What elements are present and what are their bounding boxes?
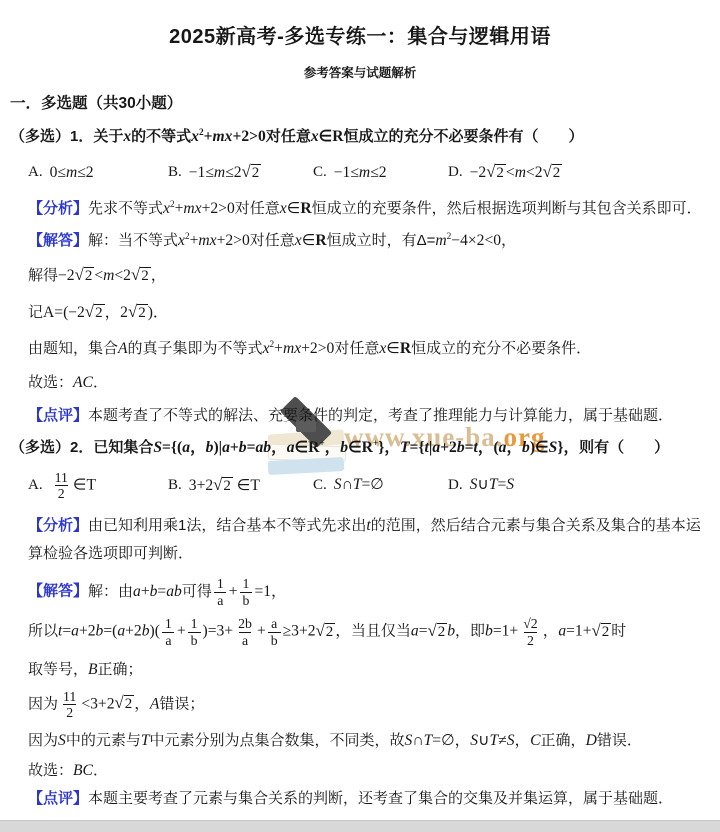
option-label: B. [168,163,182,183]
option-label: D. [448,476,463,496]
comment-text: 本题考查了不等式的解法、充要条件的判定，考查了推理能力与计算能力，属于基础题． [88,407,673,424]
q2-answer-line-3: 取等号，B正确； [28,660,710,680]
q2-answer-line-4: 因为112<3+2√2，A错误； [28,689,710,721]
comment-label: 【点评】 [28,407,88,424]
analysis-label: 【分析】 [28,200,88,217]
page-title: 2025新高考-多选专练一：集合与逻辑用语 [10,24,710,50]
q1-options-row: A.0≤m≤2 B.−1≤m≤2√2 C.−1≤m≤2 D.−2√2<m<2√2 [28,159,710,187]
option-value: S∪T=S [470,475,515,495]
option-label: D. [448,163,463,183]
q1-analysis: 【分析】先求不等式x2+mx+2>0对任意x∈R恒成立的充要条件，然后根据选项判… [28,199,710,219]
q2-options-row: A.112∈T B.3+2√2 ∈T C.S∩T=∅ D.S∪T=S [28,468,710,502]
q2-option-a: A.112∈T [28,470,168,501]
answer-label: 【解答】 [28,583,88,600]
option-label: C. [313,163,327,183]
q2-option-d: D.S∪T=S [448,475,710,495]
option-value: −1≤m≤2 [334,163,387,183]
analysis-text: 先求不等式x2+mx+2>0对任意x∈R恒成立的充要条件，然后根据选项判断与其包… [88,200,702,217]
q2-comment: 【点评】本题主要考查了元素与集合关系的判断，还考查了集合的交集及并集运算，属于基… [28,789,710,809]
analysis-text: 由已知利用乘1法，结合基本不等式先求出t的范围，然后结合元素与集合关系及集合的基… [28,517,701,562]
horizontal-scrollbar[interactable] [0,820,720,832]
comment-text: 本题主要考查了元素与集合关系的判断，还考查了集合的交集及并集运算，属于基础题． [88,790,673,807]
q1-option-d: D.−2√2<m<2√2 [448,161,710,184]
q1-comment: 【点评】本题考查了不等式的解法、充要条件的判定，考查了推理能力与计算能力，属于基… [28,406,710,426]
option-value: S∩T=∅ [334,475,384,495]
q1-option-a: A.0≤m≤2 [28,163,168,183]
option-value: 0≤m≤2 [50,163,94,183]
q2-option-c: C.S∩T=∅ [313,475,448,495]
option-value: −1≤m≤2√2 [189,161,262,184]
answer-text: 解：当不等式x2+mx+2>0对任意x∈R恒成立时，有Δ=m2−4×2<0， [88,232,517,249]
option-value: 112∈T [50,470,96,501]
q1-answer-line-4: 由题知，集合A的真子集即为不等式x2+mx+2>0对任意x∈R恒成立的充分不必要… [28,339,710,359]
q2-answer-line-1: 【解答】解：由a+b=ab可得1a+1b=1， [28,576,710,608]
q2-option-b: B.3+2√2 ∈T [168,474,313,497]
page-subtitle: 参考答案与试题解析 [10,65,710,81]
option-value: −2√2<m<2√2 [470,161,563,184]
option-label: A. [28,163,43,183]
q1-option-b: B.−1≤m≤2√2 [168,161,313,184]
analysis-label: 【分析】 [28,517,88,534]
q1-answer-line-2: 解得−2√2<m<2√2， [28,264,710,288]
answer-label: 【解答】 [28,232,88,249]
section-heading: 一．多选题（共30小题） [10,94,710,114]
document-page: 2025新高考-多选专练一：集合与逻辑用语 参考答案与试题解析 一．多选题（共3… [0,24,720,809]
option-value: 3+2√2 ∈T [189,474,260,497]
q1-conclusion: 故选：AC． [28,373,710,393]
comment-label: 【点评】 [28,790,88,807]
q2-conclusion: 故选：BC． [28,761,710,781]
q1-answer-line-3: 记A=(−2√2，2√2)． [28,301,710,325]
answer-text: 解：由a+b=ab可得1a+1b=1， [88,583,287,600]
q2-answer-line-5: 因为S中的元素与T中元素分别为点集合数集，不同类，故S∩T=∅，S∪T≠S，C正… [28,731,710,751]
q2-analysis: 【分析】由已知利用乘1法，结合基本不等式先求出t的范围，然后结合元素与集合关系及… [28,512,710,568]
option-label: A. [28,476,43,496]
q2-stem: （多选）2．已知集合S={(a，b)|a+b=ab，a∈R+，b∈R+}，T={… [10,438,710,458]
q2-answer-line-2: 所以t=a+2b=(a+2b)(1a+1b)=3+2ba+ab≥3+2√2，当且… [28,616,710,652]
q1-stem: （多选）1．关于x的不等式x2+mx+2>0对任意x∈R恒成立的充分不必要条件有… [10,127,710,147]
q1-option-c: C.−1≤m≤2 [313,163,448,183]
option-label: B. [168,476,182,496]
q1-answer-line-1: 【解答】解：当不等式x2+mx+2>0对任意x∈R恒成立时，有Δ=m2−4×2<… [28,231,710,251]
option-label: C. [313,476,327,496]
